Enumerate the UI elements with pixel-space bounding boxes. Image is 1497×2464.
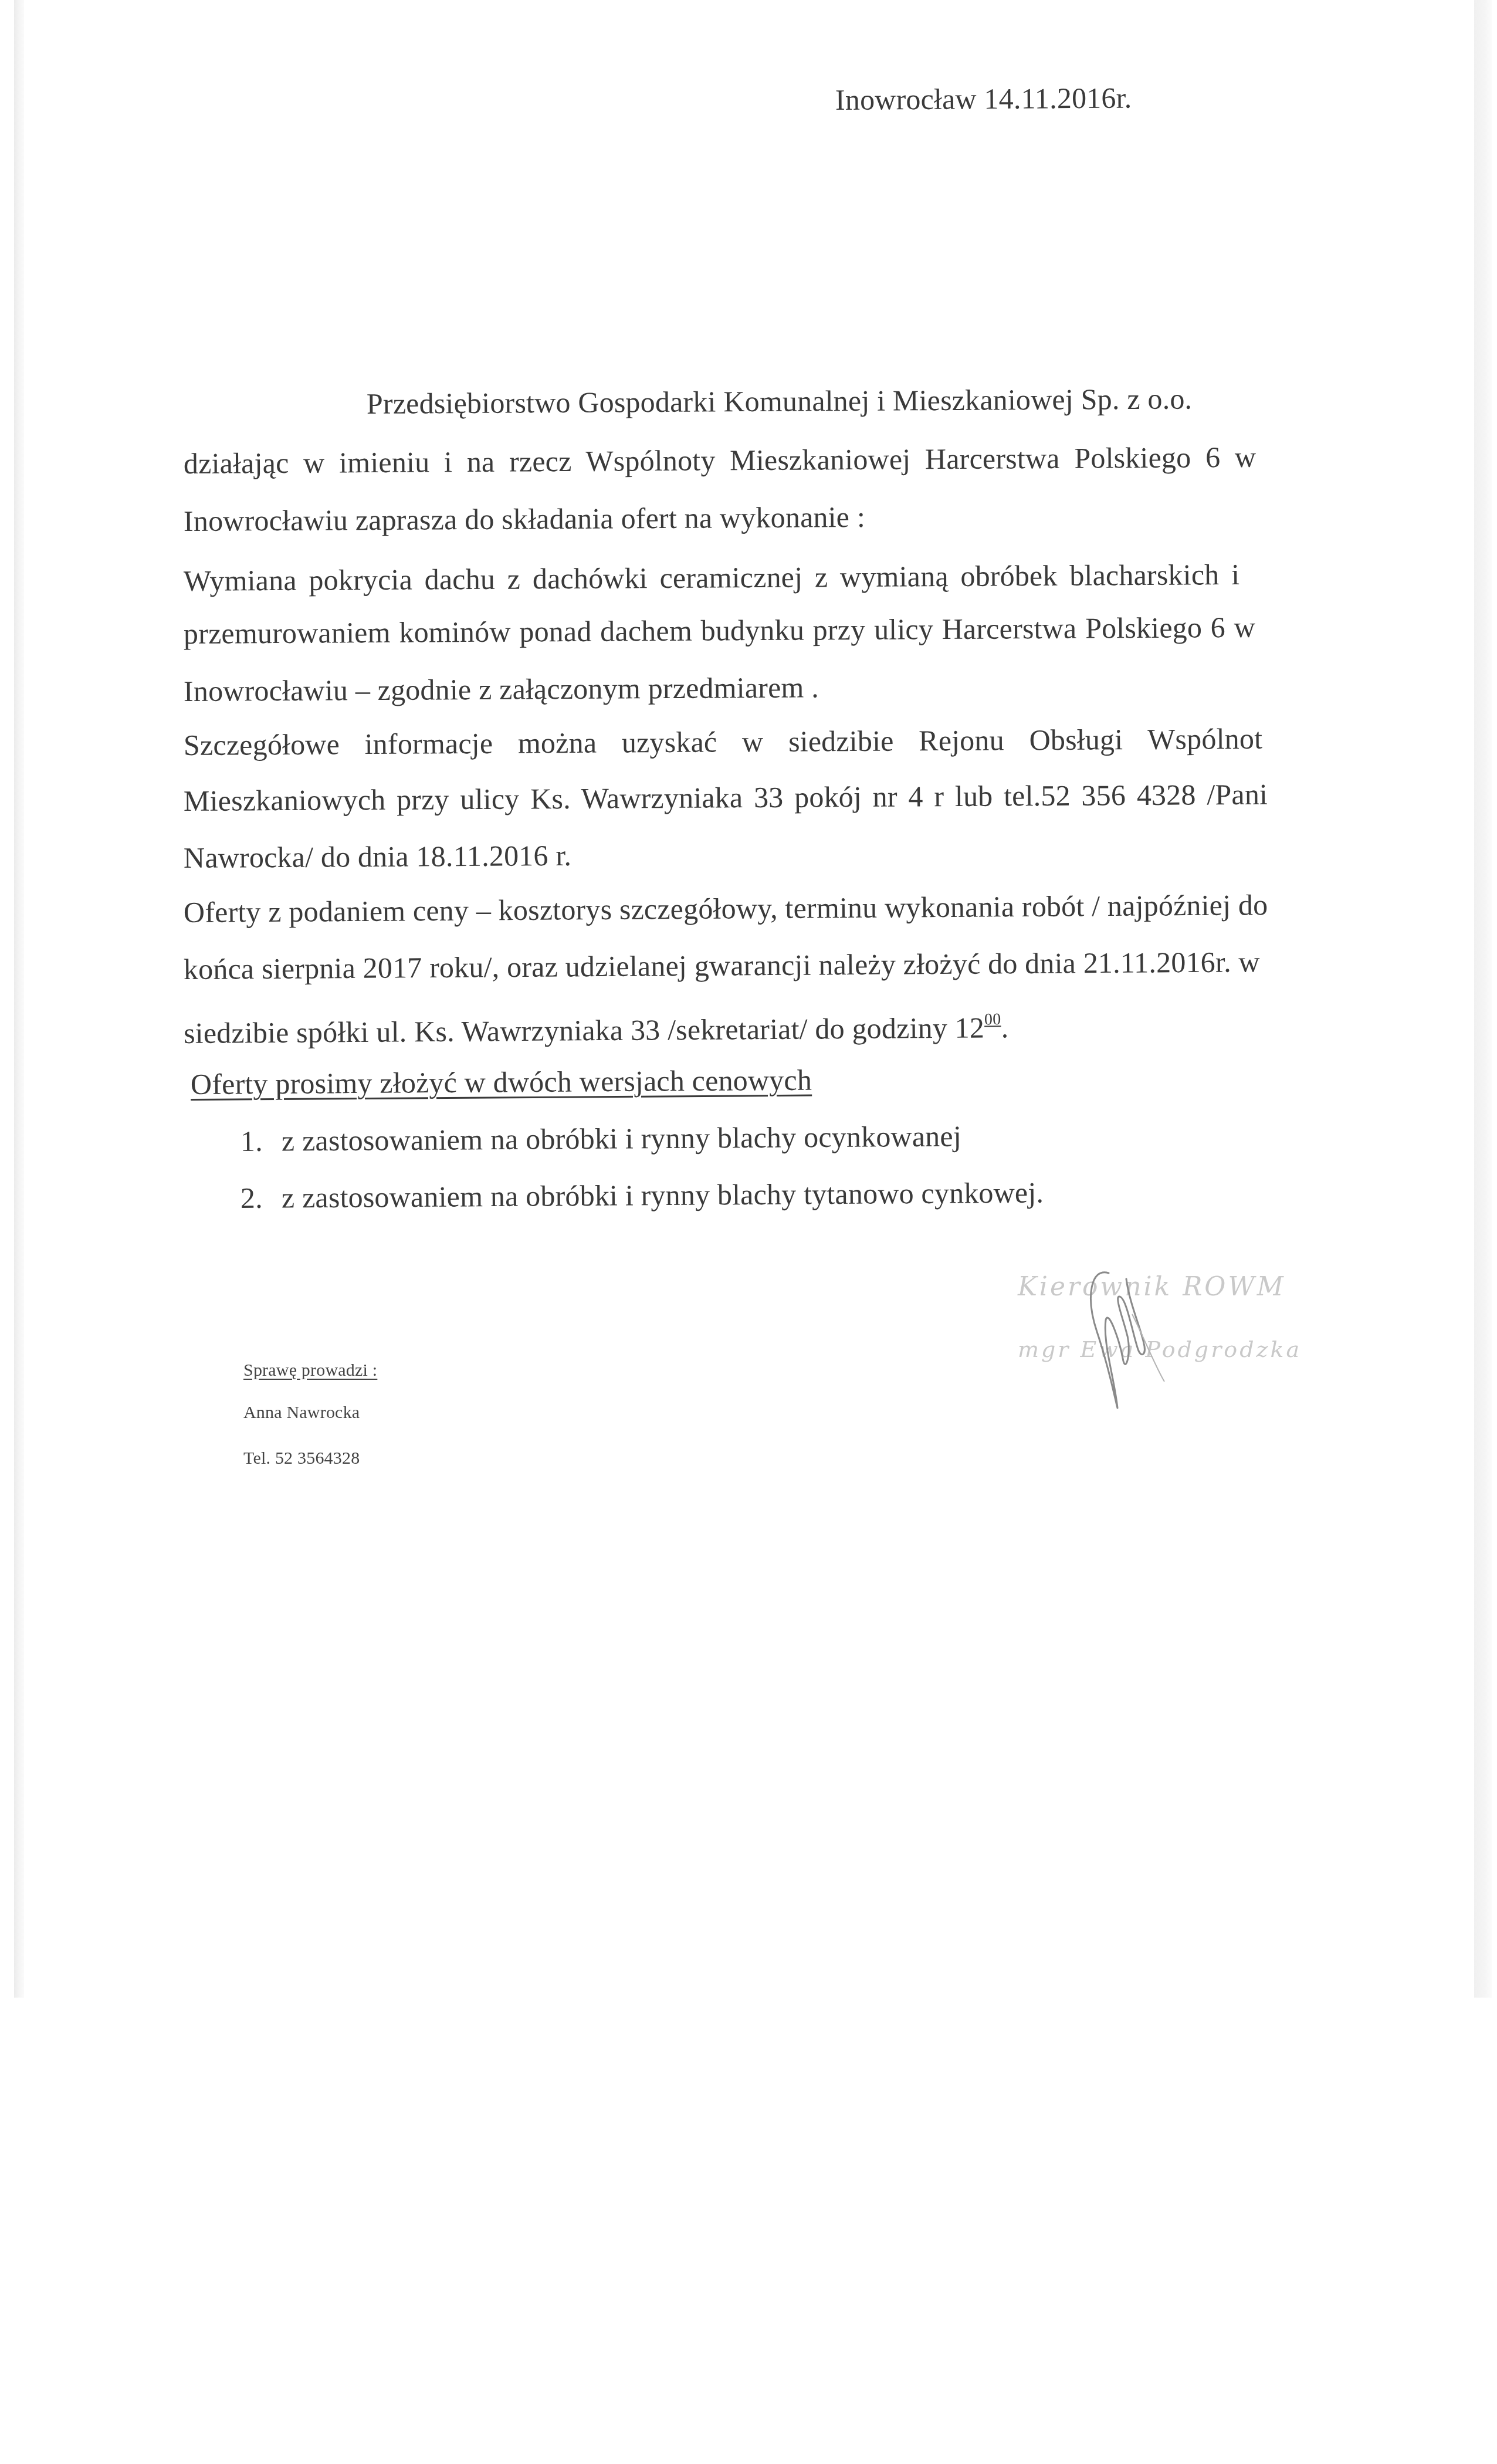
contact-name: Anna Nawrocka xyxy=(243,1402,360,1423)
body-line-11: końca sierpnia 2017 roku/, oraz udzielan… xyxy=(184,944,1260,987)
list-text: z zastosowaniem na obróbki i rynny blach… xyxy=(282,1119,961,1157)
body-line-1: Przedsiębiorstwo Gospodarki Komunalnej i… xyxy=(367,380,1282,421)
body-text: Przedsiębiorstwo Gospodarki Komunalnej i… xyxy=(367,382,1193,420)
body-line-10: Oferty z podaniem ceny – kosztorys szcze… xyxy=(184,887,1268,930)
body-line-9: Nawrocka/ do dnia 18.11.2016 r. xyxy=(184,838,572,875)
contact-label: Sprawę prowadzi : xyxy=(243,1360,377,1381)
body-text: końca sierpnia 2017 roku/, oraz udzielan… xyxy=(184,945,1260,986)
body-text: Wymiana pokrycia dachu z dachówki cerami… xyxy=(184,558,1240,597)
body-text: działając w imieniu i na rzecz Wspólnoty… xyxy=(184,441,1256,480)
body-line-3: Inowrocławiu zaprasza do składania ofert… xyxy=(184,499,865,539)
signature-icon xyxy=(1073,1261,1191,1414)
versions-heading: Oferty prosimy złożyć w dwóch wersjach c… xyxy=(191,1062,812,1102)
place-date: Inowrocław 14.11.2016r. xyxy=(835,80,1132,117)
list-number: 1. xyxy=(241,1123,282,1159)
contact-phone: Tel. 52 3564328 xyxy=(243,1448,360,1469)
body-text: Nawrocka/ do dnia 18.11.2016 r. xyxy=(184,839,571,874)
body-text: Inowrocławiu – zgodnie z załączonym prze… xyxy=(184,671,819,708)
body-line-12: siedzibie spółki ul. Ks. Wawrzyniaka 33 … xyxy=(184,1002,1009,1051)
version-item-1: 1.z zastosowaniem na obróbki i rynny bla… xyxy=(241,1118,961,1159)
body-text: siedzibie spółki ul. Ks. Wawrzyniaka 33 … xyxy=(184,1011,984,1050)
body-text: Szczegółowe informacje można uzyskać w s… xyxy=(184,722,1262,761)
page-edge-left xyxy=(14,0,24,1998)
version-item-2: 2.z zastosowaniem na obróbki i rynny bla… xyxy=(241,1175,1044,1216)
body-text: Inowrocławiu zaprasza do składania ofert… xyxy=(184,500,865,537)
body-line-6: Inowrocławiu – zgodnie z załączonym prze… xyxy=(184,669,819,709)
body-text: Mieszkaniowych przy ulicy Ks. Wawrzyniak… xyxy=(184,778,1268,817)
body-line-8: Mieszkaniowych przy ulicy Ks. Wawrzyniak… xyxy=(184,777,1268,818)
page-edge-right xyxy=(1474,0,1492,1998)
body-line-4: Wymiana pokrycia dachu z dachówki cerami… xyxy=(184,557,1240,598)
list-text: z zastosowaniem na obróbki i rynny blach… xyxy=(282,1176,1044,1214)
body-line-7: Szczegółowe informacje można uzyskać w s… xyxy=(184,721,1263,763)
time-superscript: 00 xyxy=(984,1010,1001,1028)
body-line-5: przemurowaniem kominów ponad dachem budy… xyxy=(184,610,1255,651)
scanned-page: Inowrocław 14.11.2016r. Przedsiębiorstwo… xyxy=(0,0,1497,1998)
time-suffix: . xyxy=(1001,1011,1008,1044)
body-line-2: działając w imieniu i na rzecz Wspólnoty… xyxy=(184,439,1256,481)
body-text: przemurowaniem kominów ponad dachem budy… xyxy=(184,611,1255,650)
list-number: 2. xyxy=(241,1180,282,1216)
body-text: Oferty z podaniem ceny – kosztorys szcze… xyxy=(184,888,1268,929)
